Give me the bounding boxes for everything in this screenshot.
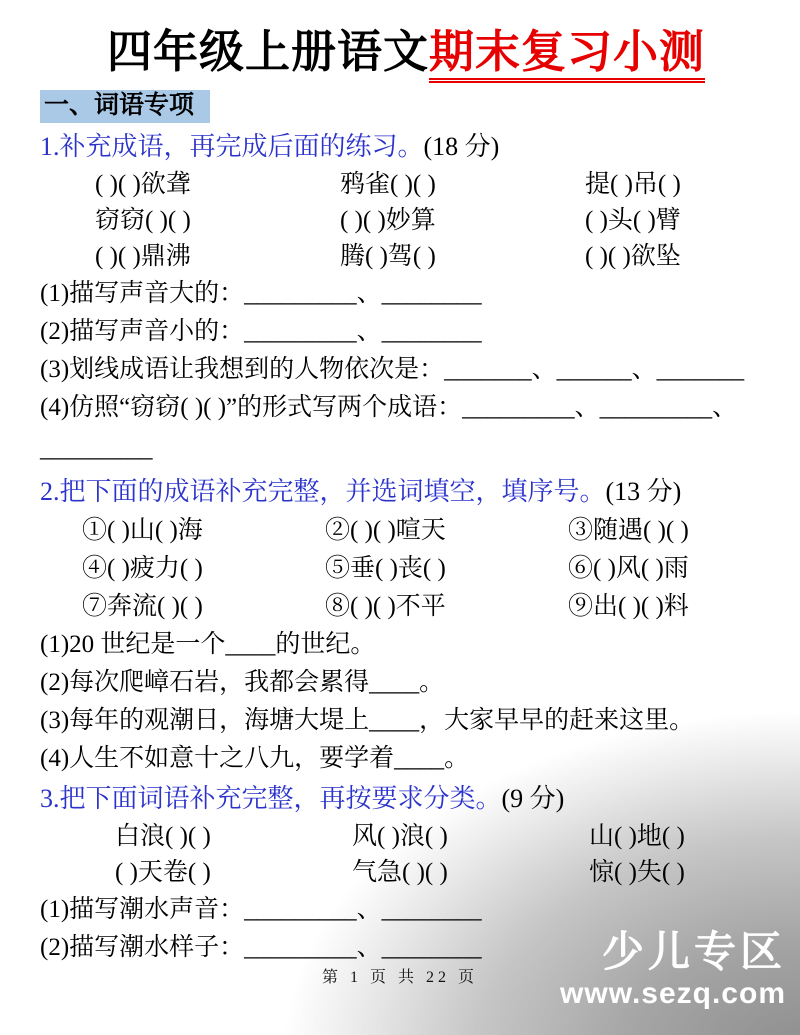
idiom-cell: 窃窃( )( ) xyxy=(95,203,340,239)
question-1-sub-2: (2)描写声音小的：_________、________ xyxy=(40,313,772,351)
idiom-cell: ( )( )欲坠 xyxy=(585,239,800,275)
question-2-points: (13 分) xyxy=(606,477,682,506)
question-2-sub-1: (1)20 世纪是一个____的世纪。 xyxy=(40,626,772,664)
idiom-row: ( )( )欲聋 鸦雀( )( ) 提( )吊( ) xyxy=(95,167,772,203)
idiom-cell: ⑤垂( )丧( ) xyxy=(325,550,568,588)
idiom-row: ①( )山( )海 ②( )( )喧天 ③随遇( )( ) xyxy=(82,512,772,550)
question-3-label: 3.把下面词语补充完整，再按要求分类。(9 分) xyxy=(40,782,772,816)
idiom-cell: ⑦奔流( )( ) xyxy=(82,588,325,626)
idiom-cell: 鸦雀( )( ) xyxy=(340,167,585,203)
idiom-cell: ⑥( )风( )雨 xyxy=(568,550,800,588)
question-1-sub-1: (1)描写声音大的：_________、________ xyxy=(40,275,772,313)
question-2-sub-2: (2)每次爬嶂石岩，我都会累得____。 xyxy=(40,664,772,702)
idiom-cell: ( )( )欲聋 xyxy=(95,167,340,203)
idiom-cell: ( )头( )臂 xyxy=(585,203,800,239)
page-title-prefix: 四年级上册语文 xyxy=(107,27,429,77)
question-1-points: (18 分) xyxy=(424,132,500,161)
idiom-cell: 气急( )( ) xyxy=(352,855,589,891)
question-2-sub-4: (4)人生不如意十之八九，要学着____。 xyxy=(40,740,772,778)
page-title: 四年级上册语文期末复习小测 xyxy=(40,24,772,80)
idiom-cell: ⑧( )( )不平 xyxy=(325,588,568,626)
idiom-row: ④( )疲力( ) ⑤垂( )丧( ) ⑥( )风( )雨 xyxy=(82,550,772,588)
question-1-text: 1.补充成语，再完成后面的练习。 xyxy=(40,132,424,161)
idiom-cell: 提( )吊( ) xyxy=(585,167,800,203)
question-3-text: 3.把下面词语补充完整，再按要求分类。 xyxy=(40,784,502,813)
question-2-label: 2.把下面的成语补充完整，并选词填空，填序号。(13 分) xyxy=(40,475,772,509)
question-3-sub-1: (1)描写潮水声音：_________、________ xyxy=(40,891,772,929)
idiom-row: 窃窃( )( ) ( )( )妙算 ( )头( )臂 xyxy=(95,203,772,239)
idiom-cell: 风( )浪( ) xyxy=(352,819,589,855)
idiom-cell: ②( )( )喧天 xyxy=(325,512,568,550)
question-1-idiom-grid: ( )( )欲聋 鸦雀( )( ) 提( )吊( ) 窃窃( )( ) ( )(… xyxy=(95,167,772,275)
question-2-text: 2.把下面的成语补充完整，并选词填空，填序号。 xyxy=(40,477,606,506)
idiom-row: ( )天卷( ) 气急( )( ) 惊( )失( ) xyxy=(115,855,772,891)
page-title-highlight: 期末复习小测 xyxy=(429,27,705,83)
idiom-row: 白浪( )( ) 风( )浪( ) 山( )地( ) xyxy=(115,819,772,855)
question-2-sub-3: (3)每年的观潮日，海塘大堤上____，大家早早的赶来这里。 xyxy=(40,702,772,740)
idiom-cell: ④( )疲力( ) xyxy=(82,550,325,588)
idiom-row: ⑦奔流( )( ) ⑧( )( )不平 ⑨出( )( )料 xyxy=(82,588,772,626)
idiom-row: ( )( )鼎沸 腾( )驾( ) ( )( )欲坠 xyxy=(95,239,772,275)
worksheet-page: 四年级上册语文期末复习小测 一、词语专项 1.补充成语，再完成后面的练习。(18… xyxy=(0,0,800,967)
section-header-words: 一、词语专项 xyxy=(40,90,210,123)
idiom-cell: 山( )地( ) xyxy=(589,819,800,855)
watermark-brand-name: 少儿专区 xyxy=(602,931,786,973)
idiom-cell: ③随遇( )( ) xyxy=(568,512,800,550)
idiom-cell: ( )天卷( ) xyxy=(115,855,352,891)
question-1-sub-4-wrap: _________ xyxy=(40,427,772,471)
idiom-cell: ( )( )妙算 xyxy=(340,203,585,239)
idiom-cell: 惊( )失( ) xyxy=(589,855,800,891)
question-1-sub-3: (3)划线成语让我想到的人物依次是：_______、______、_______ xyxy=(40,351,772,389)
idiom-cell: 白浪( )( ) xyxy=(115,819,352,855)
idiom-cell: ⑨出( )( )料 xyxy=(568,588,800,626)
question-2-idiom-grid: ①( )山( )海 ②( )( )喧天 ③随遇( )( ) ④( )疲力( ) … xyxy=(82,512,772,626)
question-3-points: (9 分) xyxy=(502,784,565,813)
question-1-label: 1.补充成语，再完成后面的练习。(18 分) xyxy=(40,130,772,164)
question-3-word-grid: 白浪( )( ) 风( )浪( ) 山( )地( ) ( )天卷( ) 气急( … xyxy=(115,819,772,891)
idiom-cell: ①( )山( )海 xyxy=(82,512,325,550)
idiom-cell: 腾( )驾( ) xyxy=(340,239,585,275)
question-1-sub-4: (4)仿照“窃窃( )( )”的形式写两个成语：_________、______… xyxy=(40,389,772,427)
watermark-website-url: www.sezq.com xyxy=(560,979,786,1009)
idiom-cell: ( )( )鼎沸 xyxy=(95,239,340,275)
